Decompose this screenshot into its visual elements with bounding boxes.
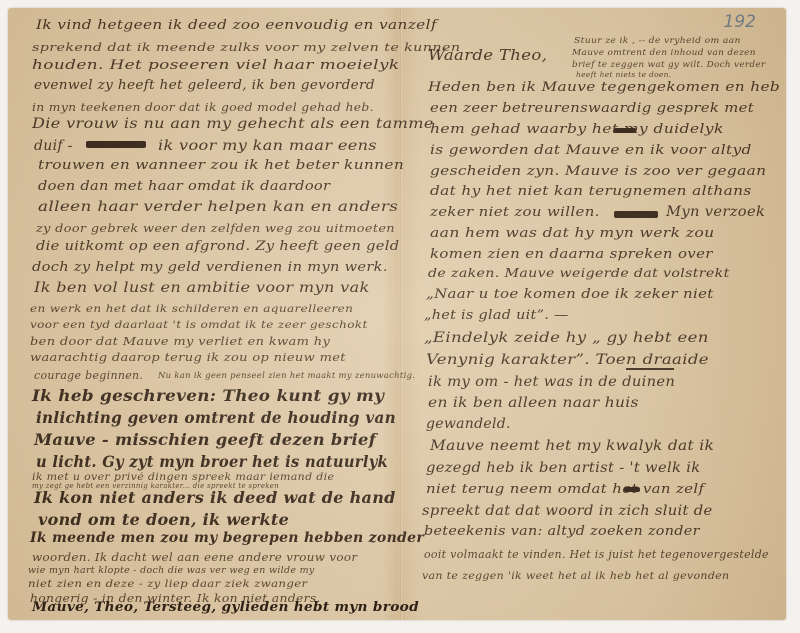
text-line: houden. Het poseeren viel haar moeielyk	[32, 58, 400, 73]
text-line: „het is glad uit”. —	[424, 308, 569, 323]
text-line: ik my om - het was in de duinen	[428, 374, 675, 390]
text-line: niet zien en deze - zy liep daar ziek zw…	[28, 578, 307, 590]
text-line: niet terug neem omdat het van zelf	[426, 482, 704, 497]
margin-note: Mauve omtrent den inhoud van dezen	[572, 48, 756, 57]
text-line: vond om te doen, ik werkte	[38, 510, 289, 529]
text-line: Ik meende men zou my begrepen hebben zon…	[30, 530, 424, 546]
text-line: en ik ben alleen naar huis	[428, 395, 639, 411]
text-line: beteekenis van: altyd zoeken zonder	[424, 524, 700, 539]
page-number: 192	[724, 12, 756, 32]
text-line: Ik heb geschreven: Theo kunt gy my	[32, 386, 384, 405]
text-line: Ik kon niet anders ik deed wat de hand	[34, 488, 396, 507]
text-line: inlichting geven omtrent de houding van	[36, 408, 396, 427]
text-line: zy door gebrek weer den zelfden weg zou …	[36, 221, 395, 235]
text-line: Mauve - misschien geeft dezen brief	[34, 430, 376, 449]
text-line: gescheiden zyn. Mauve is zoo ver gegaan	[430, 164, 766, 179]
text-line: duif -	[34, 138, 73, 154]
strikethrough-mark	[614, 211, 658, 218]
text-line: een zeer betreurenswaardig gesprek met	[430, 101, 754, 116]
text-line: gezegd heb ik ben artist - 't welk ik	[426, 460, 700, 476]
text-line: van te zeggen 'ik weet het al ik heb het…	[422, 570, 729, 582]
text-line: Venynig karakter”. Toen draaide	[426, 352, 709, 368]
text-line: voor een tyd daarlaat 't is omdat ik te …	[30, 319, 368, 331]
text-line: ik voor my kan maar eens	[158, 138, 377, 154]
text-line: komen zien en daarna spreken over	[430, 247, 713, 262]
text-line: doch zy helpt my geld verdienen in myn w…	[32, 260, 388, 275]
text-line: alleen haar verder helpen kan en anders	[38, 199, 398, 215]
text-line: spreekt dat dat woord in zich sluit de	[422, 503, 713, 519]
text-line: waarachtig daarop terug ik zou op nieuw …	[30, 351, 346, 364]
salutation: Waarde Theo,	[428, 46, 547, 64]
text-line: woorden. Ik dacht wel aan eene andere vr…	[32, 551, 357, 564]
margin-note: brief te zeggen wat gy wilt. Doch verder	[572, 60, 765, 69]
right-page: 192 Stuur ze ik , -- de vryheid om aan M…	[404, 8, 786, 620]
text-line: trouwen en wanneer zou ik het beter kunn…	[38, 158, 404, 173]
text-line: de zaken. Mauve weigerde dat volstrekt	[428, 266, 730, 280]
text-line: en werk en het dat ik schilderen en aqua…	[30, 303, 353, 315]
margin-note: heeft het niets te doen.	[576, 70, 671, 79]
text-line: „Eindelyk zeide hy „ gy hebt een	[424, 330, 709, 346]
text-line: in myn teekenen door dat ik goed model g…	[32, 101, 374, 114]
text-line: ooit volmaakt te vinden. Het is juist he…	[424, 548, 769, 561]
text-line: die uitkomt op een afgrond. Zy heeft gee…	[36, 239, 399, 254]
text-line: Ik vind hetgeen ik deed zoo eenvoudig en…	[36, 18, 437, 33]
text-line: hem gehad waarby het my duidelyk	[430, 122, 724, 137]
text-line: is geworden dat Mauve en ik voor altyd	[430, 143, 752, 158]
strikethrough-mark	[624, 487, 640, 492]
text-line: Myn verzoek	[666, 204, 765, 220]
text-line: zeker niet zou willen.	[430, 205, 600, 220]
text-line: wie myn hart klopte - doch die was ver w…	[28, 566, 315, 576]
text-line: Mauve, Theo, Tersteeg, gylieden hebt myn…	[32, 600, 419, 615]
text-line: doen dan met haar omdat ik daardoor	[38, 179, 330, 194]
text-line: Mauve neemt het my kwalyk dat ik	[430, 438, 714, 454]
strikethrough-mark	[614, 128, 636, 133]
letter-sheet: Ik vind hetgeen ik deed zoo eenvoudig en…	[8, 8, 786, 620]
text-line: Die vrouw is nu aan my gehecht als een t…	[32, 116, 434, 132]
text-line: Ik ben vol lust en ambitie voor myn vak	[34, 280, 370, 296]
text-line: „Naar u toe komen doe ik zeker niet	[426, 287, 714, 302]
left-page: Ik vind hetgeen ik deed zoo eenvoudig en…	[8, 8, 400, 620]
text-line: aan hem was dat hy myn werk zou	[430, 226, 714, 241]
text-line: ben door dat Mauve my verliet en kwam hy	[30, 335, 330, 348]
margin-note: Nu kan ik geen penseel zien het maakt my…	[158, 371, 415, 380]
text-line: evenwel zy heeft het geleerd, ik ben gev…	[34, 78, 375, 93]
text-line: courage beginnen.	[34, 369, 143, 382]
underline-mark	[626, 368, 674, 370]
strikethrough-mark	[86, 141, 146, 148]
text-line: Heden ben ik Mauve tegengekomen en heb	[428, 80, 780, 95]
margin-note: Stuur ze ik , -- de vryheid om aan	[574, 36, 741, 45]
text-line: u licht. Gy zyt myn broer het is natuurl…	[36, 452, 388, 471]
text-line: sprekend dat ik meende zulks voor my zel…	[32, 41, 460, 54]
text-line: dat hy het niet kan terugnemen althans	[430, 184, 752, 199]
text-line: gewandeld.	[426, 416, 511, 432]
